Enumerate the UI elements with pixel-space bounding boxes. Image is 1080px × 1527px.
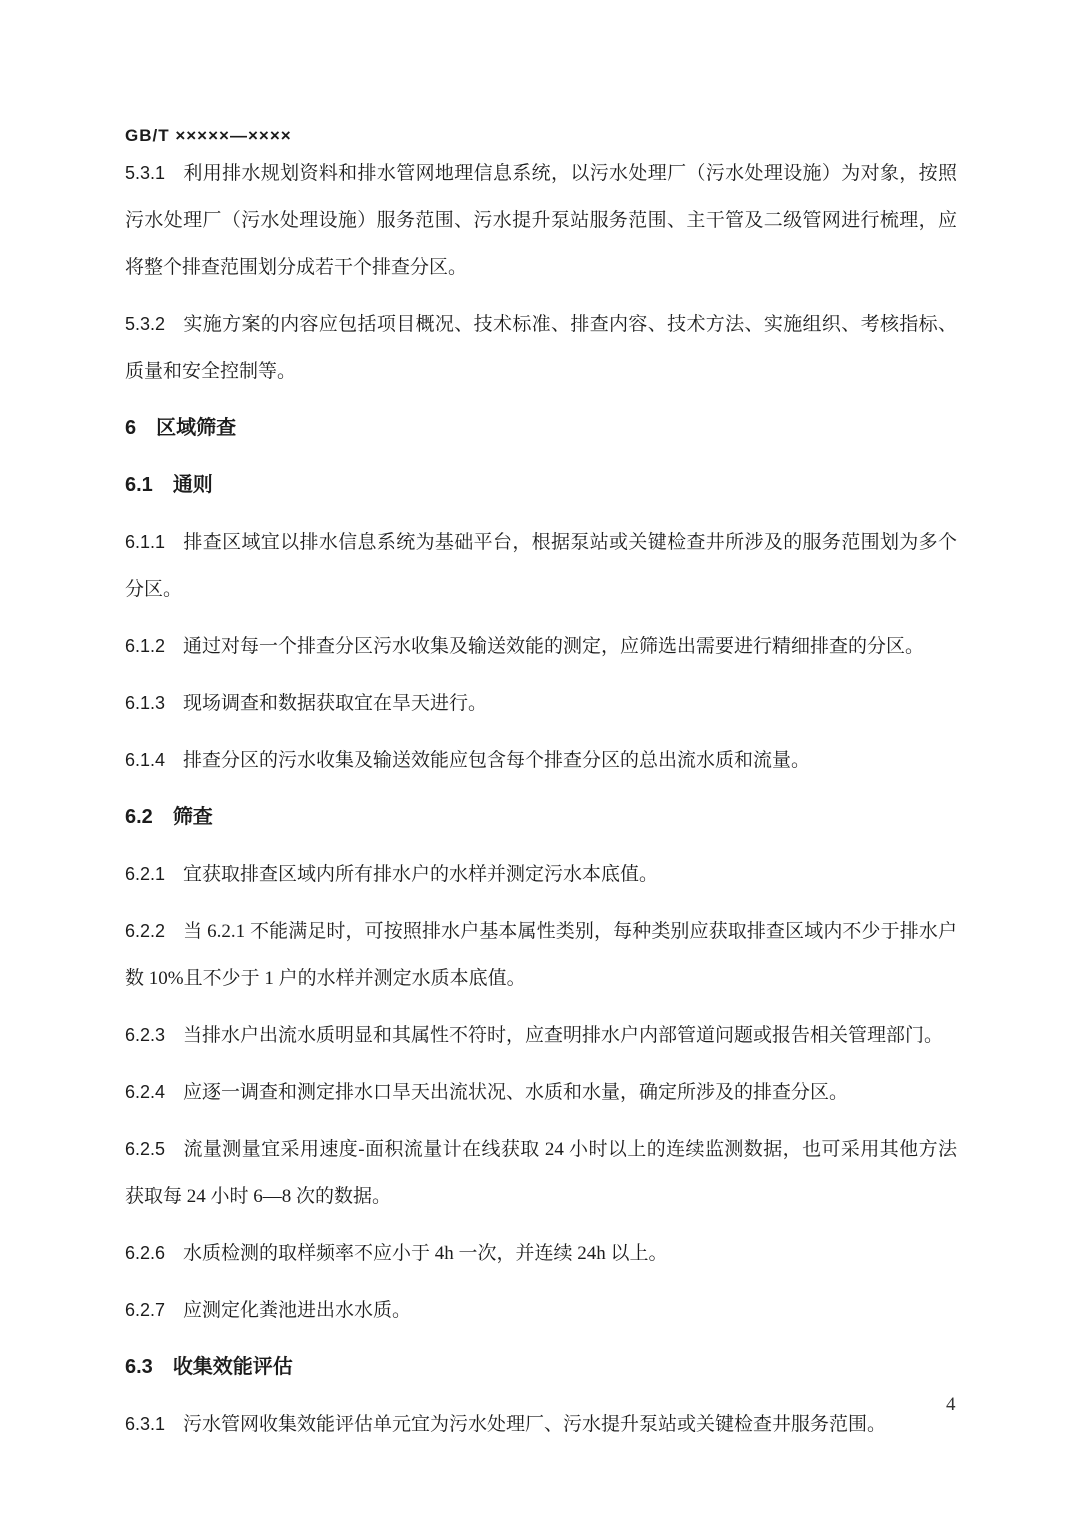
clause-number: 6.2.5 — [125, 1139, 183, 1159]
clause-5.3.2: 5.3.2实施方案的内容应包括项目概况、技术标准、排查内容、技术方法、实施组织、… — [125, 301, 957, 395]
clause-number: 6.2.6 — [125, 1243, 183, 1263]
clause-text: 利用排水规划资料和排水管网地理信息系统，以污水处理厂（污水处理设施）为对象，按照… — [125, 163, 957, 278]
clause-6.1.1: 6.1.1排查区域宜以排水信息系统为基础平台，根据泵站或关键检查井所涉及的服务范… — [125, 519, 957, 613]
clause-number: 6.1.3 — [125, 693, 183, 713]
clause-text: 当 6.2.1 不能满足时，可按照排水户基本属性类别，每种类别应获取排查区域内不… — [125, 921, 957, 989]
clause-number: 6.2 — [125, 806, 173, 828]
clause-6.1.4: 6.1.4排查分区的污水收集及输送效能应包含每个排查分区的总出流水质和流量。 — [125, 737, 957, 784]
clause-6.1.2: 6.1.2通过对每一个排查分区污水收集及输送效能的测定，应筛选出需要进行精细排查… — [125, 623, 957, 670]
clause-6.2.7: 6.2.7应测定化粪池进出水水质。 — [125, 1287, 957, 1334]
clause-number: 5.3.1 — [125, 163, 183, 183]
clause-text: 应逐一调查和测定排水口旱天出流状况、水质和水量，确定所涉及的排查分区。 — [183, 1082, 848, 1103]
subsection-heading-6.2: 6.2筛查 — [125, 794, 957, 841]
clause-text: 应测定化粪池进出水水质。 — [183, 1300, 411, 1321]
clause-number: 6.2.7 — [125, 1300, 183, 1320]
clause-number: 6.1 — [125, 474, 173, 496]
clause-number: 6.2.3 — [125, 1025, 183, 1045]
clause-number: 6.1.2 — [125, 636, 183, 656]
clause-text: 通过对每一个排查分区污水收集及输送效能的测定，应筛选出需要进行精细排查的分区。 — [183, 636, 924, 657]
clause-text: 排查区域宜以排水信息系统为基础平台，根据泵站或关键检查井所涉及的服务范围划为多个… — [125, 532, 957, 600]
clause-number: 6.3 — [125, 1356, 173, 1378]
clause-number: 5.3.2 — [125, 314, 183, 334]
clause-number: 6.2.1 — [125, 864, 183, 884]
clause-6.1.3: 6.1.3现场调查和数据获取宜在旱天进行。 — [125, 680, 957, 727]
clause-text: 现场调查和数据获取宜在旱天进行。 — [183, 693, 487, 714]
clause-text: 排查分区的污水收集及输送效能应包含每个排查分区的总出流水质和流量。 — [183, 750, 810, 771]
clause-6.2.1: 6.2.1宜获取排查区域内所有排水户的水样并测定污水本底值。 — [125, 851, 957, 898]
running-header: GB/T ×××××—×××× — [125, 126, 292, 146]
clause-6.3.1: 6.3.1污水管网收集效能评估单元宜为污水处理厂、污水提升泵站或关键检查井服务范… — [125, 1401, 957, 1448]
clause-text: 宜获取排查区域内所有排水户的水样并测定污水本底值。 — [183, 864, 658, 885]
clause-6.2.6: 6.2.6水质检测的取样频率不应小于 4h 一次，并连续 24h 以上。 — [125, 1230, 957, 1277]
clause-6.2.3: 6.2.3当排水户出流水质明显和其属性不符时，应查明排水户内部管道问题或报告相关… — [125, 1012, 957, 1059]
clause-text: 收集效能评估 — [173, 1356, 293, 1378]
clause-text: 水质检测的取样频率不应小于 4h 一次，并连续 24h 以上。 — [183, 1243, 668, 1264]
clause-text: 流量测量宜采用速度-面积流量计在线获取 24 小时以上的连续监测数据，也可采用其… — [125, 1139, 957, 1207]
clause-number: 6 — [125, 417, 156, 439]
clause-number: 6.1.1 — [125, 532, 183, 552]
clause-6.2.5: 6.2.5流量测量宜采用速度-面积流量计在线获取 24 小时以上的连续监测数据，… — [125, 1126, 957, 1220]
clause-text: 实施方案的内容应包括项目概况、技术标准、排查内容、技术方法、实施组织、考核指标、… — [125, 314, 957, 382]
clause-number: 6.2.2 — [125, 921, 183, 941]
clause-number: 6.3.1 — [125, 1414, 183, 1434]
subsection-heading-6.3: 6.3收集效能评估 — [125, 1344, 957, 1391]
document-page: GB/T ×××××—×××× 5.3.1利用排水规划资料和排水管网地理信息系统… — [0, 0, 1080, 1527]
clause-text: 当排水户出流水质明显和其属性不符时，应查明排水户内部管道问题或报告相关管理部门。 — [183, 1025, 943, 1046]
clause-text: 筛查 — [173, 806, 213, 828]
document-body: 5.3.1利用排水规划资料和排水管网地理信息系统，以污水处理厂（污水处理设施）为… — [125, 150, 957, 1458]
clause-5.3.1: 5.3.1利用排水规划资料和排水管网地理信息系统，以污水处理厂（污水处理设施）为… — [125, 150, 957, 291]
clause-6.2.2: 6.2.2当 6.2.1 不能满足时，可按照排水户基本属性类别，每种类别应获取排… — [125, 908, 957, 1002]
clause-text: 通则 — [173, 474, 213, 496]
clause-number: 6.2.4 — [125, 1082, 183, 1102]
clause-6.2.4: 6.2.4应逐一调查和测定排水口旱天出流状况、水质和水量，确定所涉及的排查分区。 — [125, 1069, 957, 1116]
clause-text: 区域筛查 — [156, 417, 236, 439]
clause-text: 污水管网收集效能评估单元宜为污水处理厂、污水提升泵站或关键检查井服务范围。 — [183, 1414, 886, 1435]
clause-number: 6.1.4 — [125, 750, 183, 770]
page-number: 4 — [946, 1394, 956, 1416]
section-heading-6: 6区域筛查 — [125, 405, 957, 452]
subsection-heading-6.1: 6.1通则 — [125, 462, 957, 509]
